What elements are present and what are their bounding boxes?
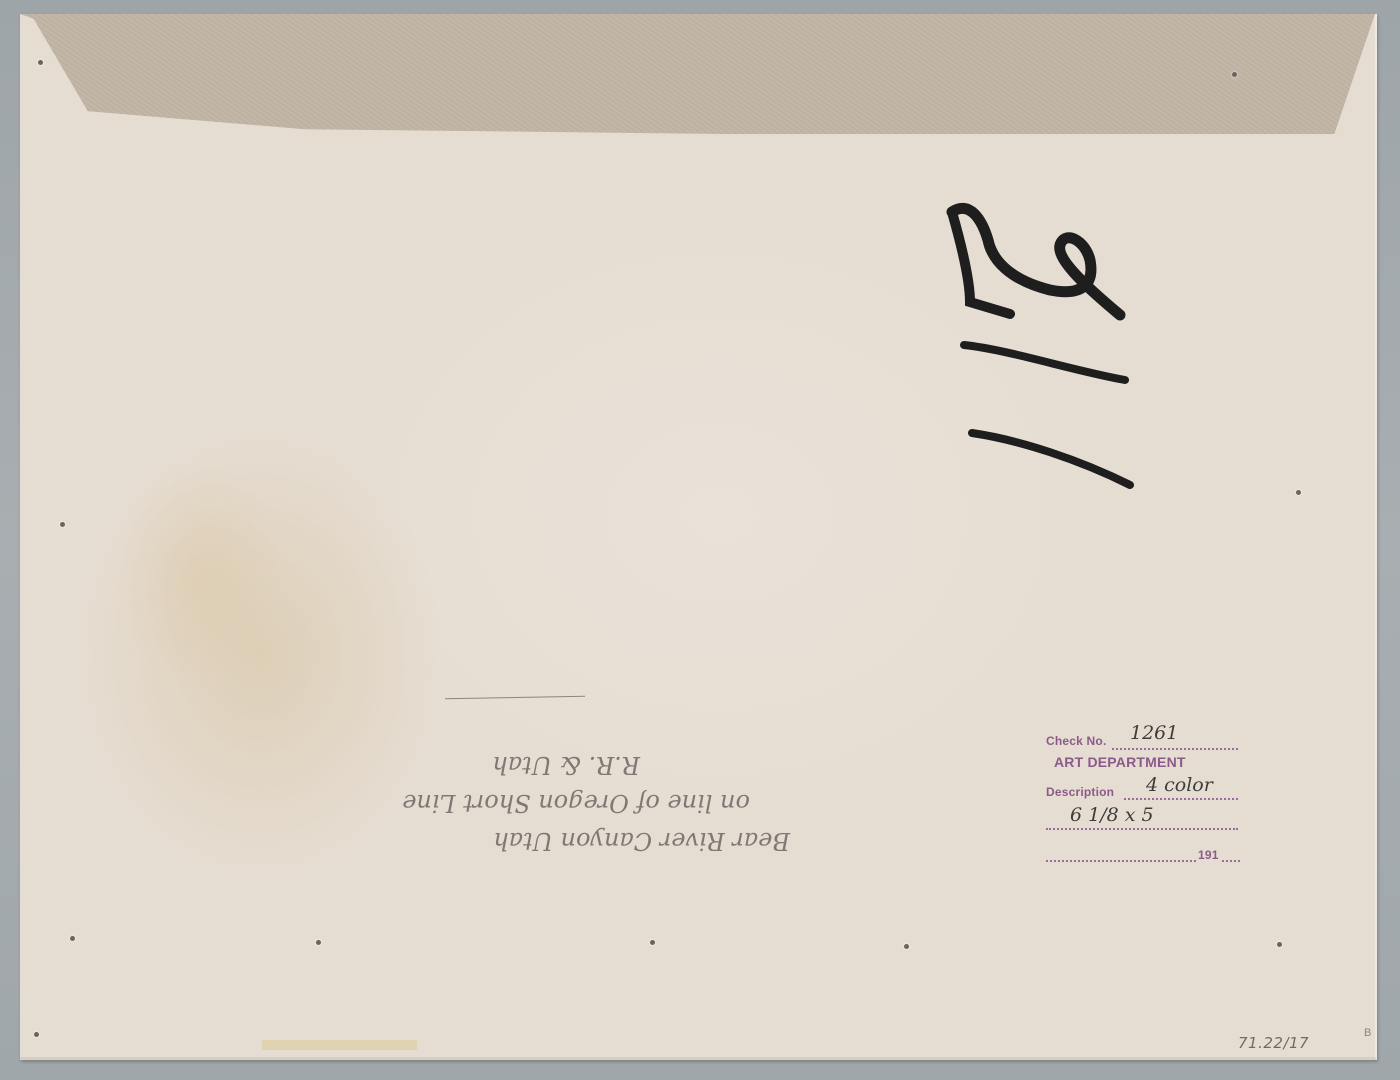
pin-hole bbox=[60, 522, 65, 527]
water-stain bbox=[20, 14, 1375, 1057]
pin-hole bbox=[34, 1032, 39, 1037]
corner-mark: B bbox=[1364, 1027, 1371, 1039]
size-value: 6 1/8 x 5 bbox=[1070, 804, 1154, 826]
pin-hole bbox=[1232, 72, 1237, 77]
inscription-line: Bear River Canyon Utah bbox=[430, 822, 790, 860]
inscription-line: R.R. & Utah bbox=[430, 746, 790, 784]
year-prefix: 191 bbox=[1198, 848, 1219, 862]
description-label: Description bbox=[1046, 785, 1114, 799]
check-no-value: 1261 bbox=[1130, 722, 1178, 744]
pin-hole bbox=[70, 936, 75, 941]
pin-hole bbox=[38, 60, 43, 65]
inscription-line: on line of Oregon Short Line bbox=[430, 784, 790, 822]
description-value: 4 color bbox=[1146, 774, 1213, 796]
tape-strip bbox=[262, 1040, 417, 1050]
pin-hole bbox=[316, 940, 321, 945]
pencil-inscription: Bear River Canyon Utah on line of Oregon… bbox=[430, 690, 790, 860]
pin-hole bbox=[1277, 942, 1282, 947]
pin-hole bbox=[1296, 490, 1301, 495]
crayon-number bbox=[930, 190, 1150, 500]
accession-number: 71.22/17 bbox=[1238, 1034, 1309, 1052]
department-label: ART DEPARTMENT bbox=[1054, 754, 1186, 770]
pin-hole bbox=[650, 940, 655, 945]
pin-hole bbox=[904, 944, 909, 949]
check-no-label: Check No. bbox=[1046, 734, 1106, 748]
top-flap bbox=[20, 14, 1375, 134]
card-back bbox=[20, 14, 1377, 1060]
art-department-stamp: Check No. 1261 ART DEPARTMENT Descriptio… bbox=[1046, 722, 1246, 867]
